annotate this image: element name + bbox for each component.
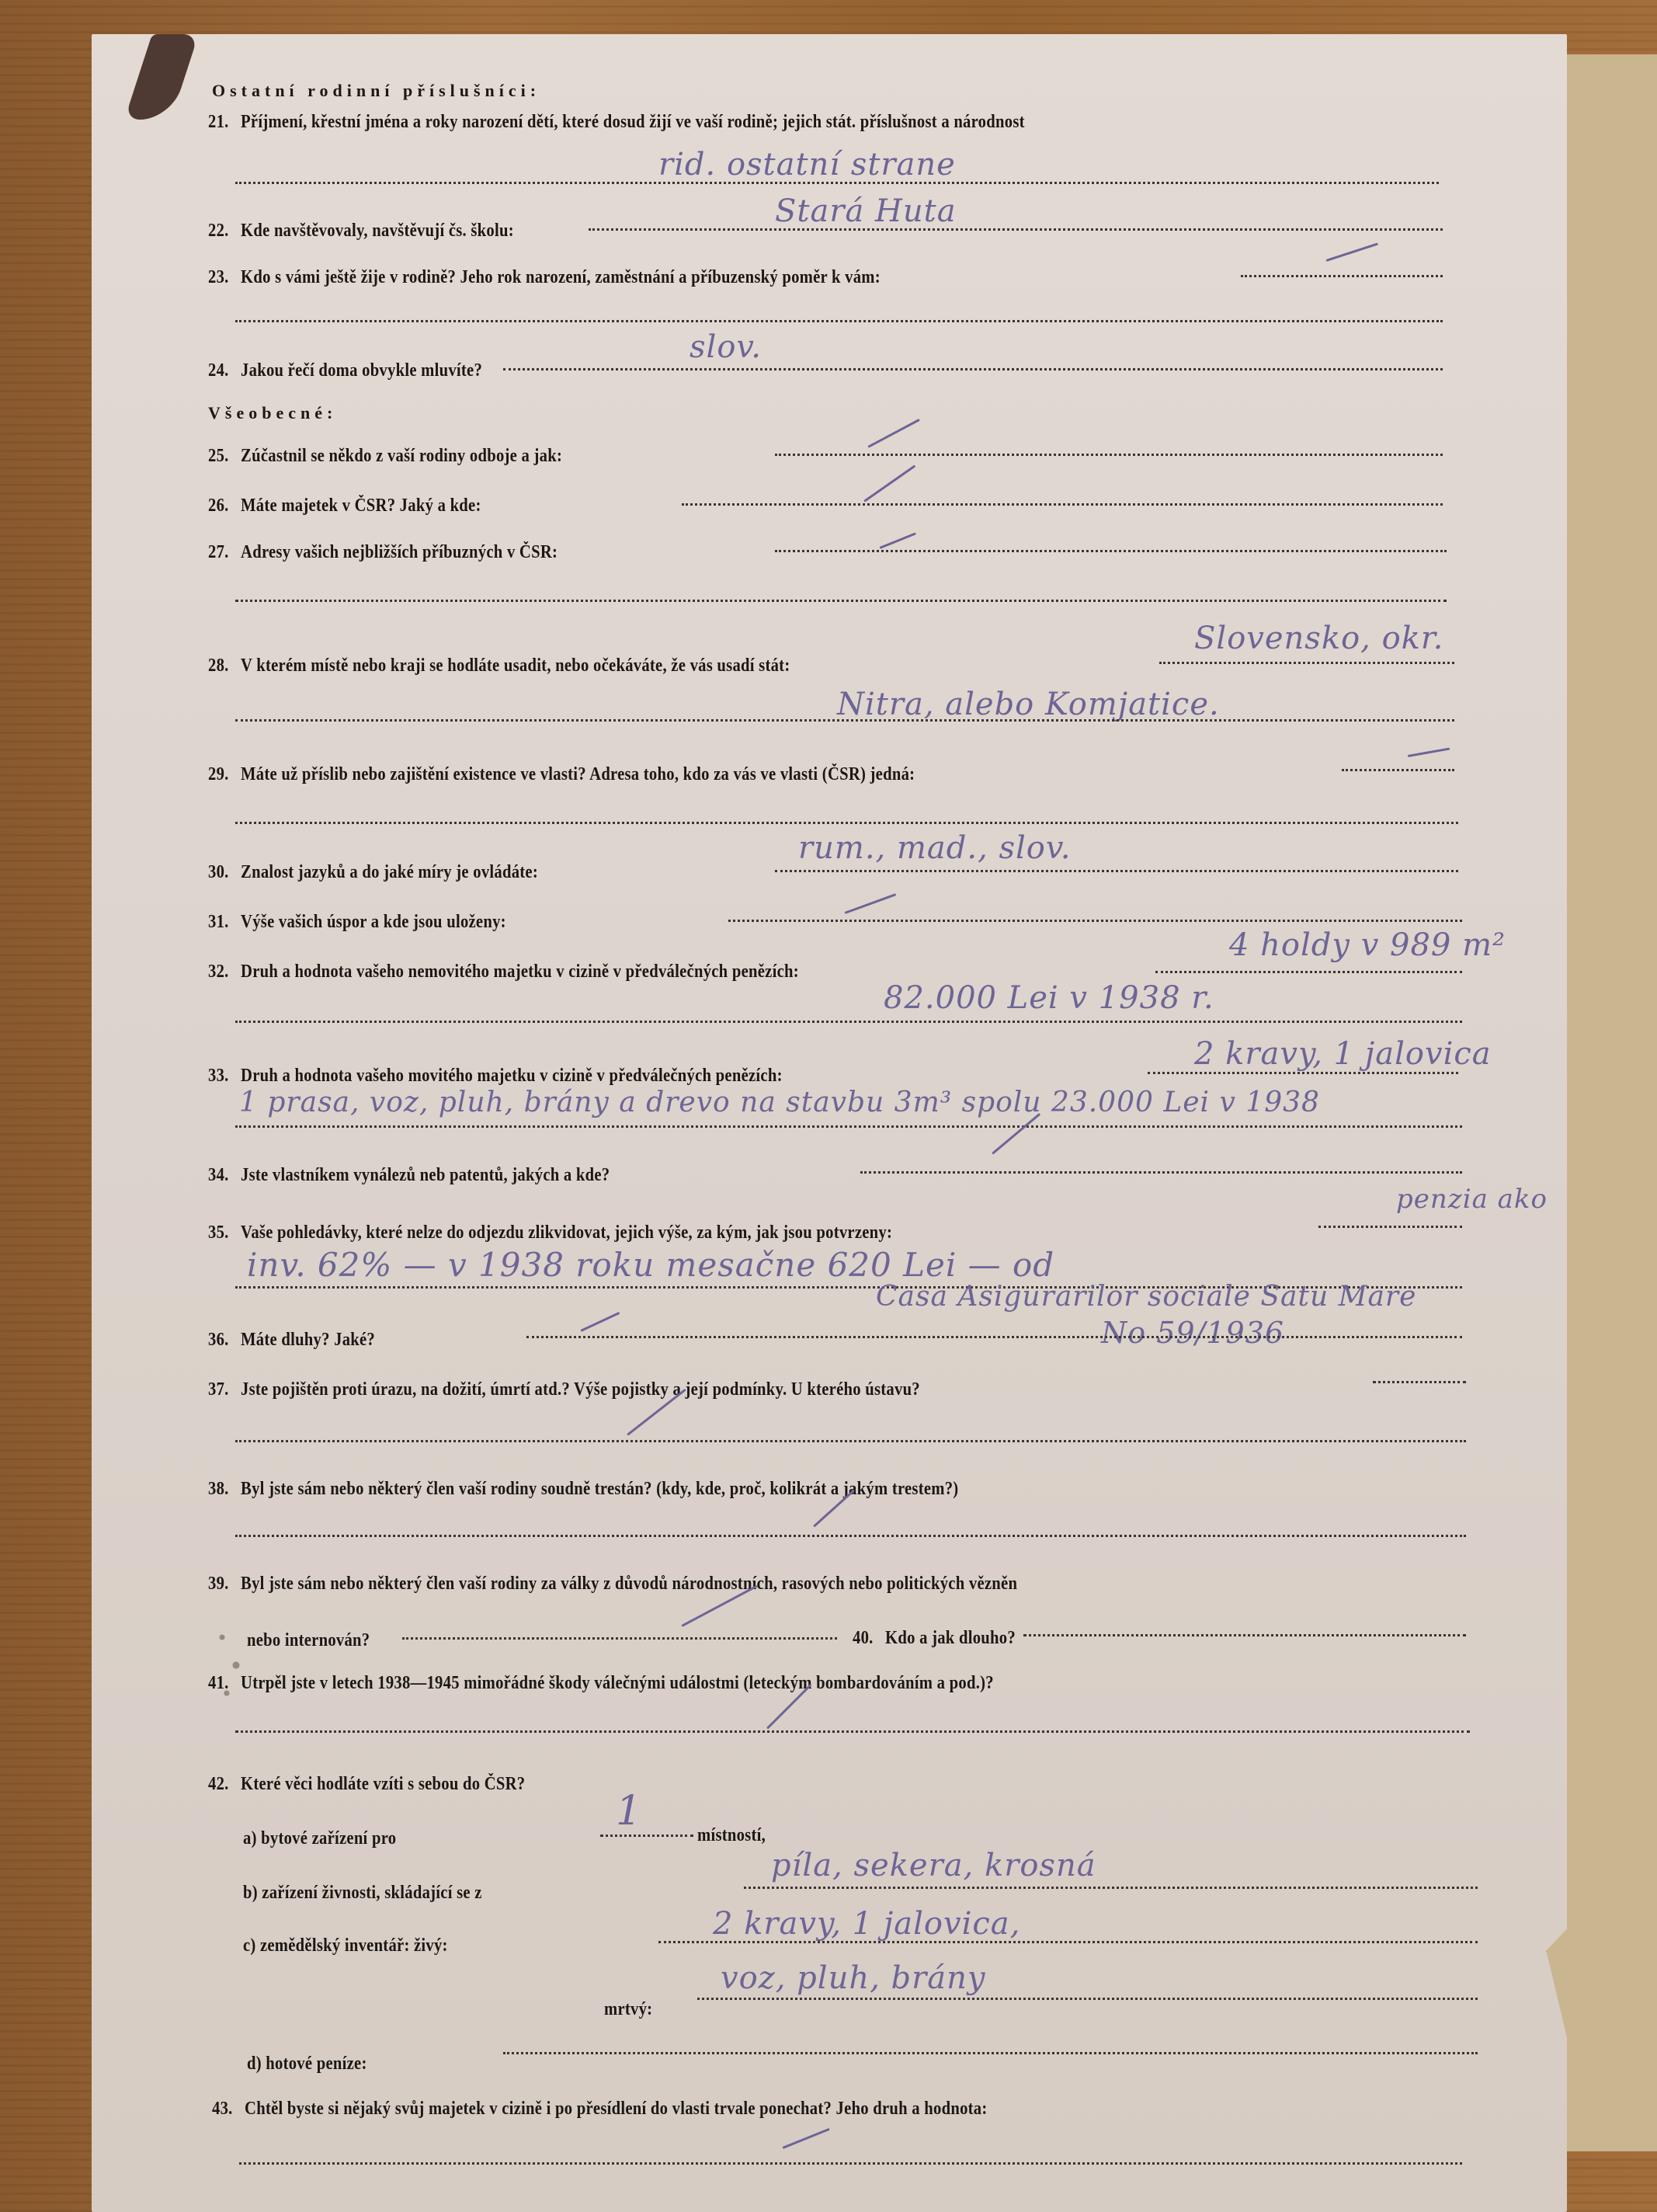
answer-line-22[interactable]: [589, 228, 1443, 231]
answer-line-28[interactable]: [1159, 662, 1454, 664]
answer-line-26[interactable]: [682, 503, 1443, 506]
question-text: Jakou řečí doma obvykle mluvíte?: [241, 360, 482, 381]
question-42b: b) zařízení živnosti, skládající se z: [243, 1883, 482, 1904]
answer-33-dash[interactable]: [992, 1113, 1040, 1155]
answer-42c-dead[interactable]: voz, pluh, brány: [721, 1960, 985, 1996]
answer-line-23[interactable]: [1241, 275, 1443, 277]
question-21: 21.Příjmení, křestní jména a roky naroze…: [208, 112, 1025, 133]
question-text: Znalost jazyků a do jaké míry je ovládát…: [241, 862, 538, 882]
question-32: 32.Druh a hodnota vašeho nemovitého maje…: [208, 962, 799, 983]
answer-line-32[interactable]: [1155, 971, 1462, 973]
question-26: 26.Máte majetek v ČSR? Jaký a kde:: [208, 496, 481, 516]
question-42: 42.Které věci hodláte vzíti s sebou do Č…: [208, 1774, 525, 1795]
question-39: 39.Byl jste sám nebo některý člen vaší r…: [208, 1574, 1017, 1595]
question-text: Chtěl byste si nějaký svůj majetek v ciz…: [245, 2099, 987, 2119]
question-29: 29.Máte už příslib nebo zajištění existe…: [208, 764, 915, 785]
answer-line-42c-dead[interactable]: [697, 1998, 1478, 2000]
question-number: 42.: [208, 1774, 229, 1794]
question-number: 31.: [208, 912, 229, 932]
answer-line-24[interactable]: [503, 368, 1443, 370]
question-42c-dead: mrtvý:: [604, 1999, 652, 2020]
answer-line-42b[interactable]: [744, 1887, 1478, 1889]
question-28: 28.V kterém místě nebo kraji se hodláte …: [208, 656, 790, 676]
question-number: 30.: [208, 862, 229, 882]
question-22: 22.Kde navštěvovaly, navštěvují čs. škol…: [208, 221, 514, 242]
question-number: 43.: [212, 2099, 233, 2119]
answer-line-31[interactable]: [728, 920, 1462, 922]
answer-line-27[interactable]: [775, 550, 1447, 552]
answer-line-42c[interactable]: [658, 1941, 1478, 1943]
question-text: Utrpěl jste v letech 1938—1945 mimořádné…: [241, 1673, 994, 1693]
question-number: 26.: [208, 496, 229, 516]
question-text: Kdo a jak dlouho?: [885, 1628, 1016, 1648]
answer-26-dash[interactable]: [863, 464, 915, 502]
question-number: 41.: [208, 1673, 229, 1693]
answer-line-33[interactable]: [1148, 1072, 1458, 1074]
question-text: Jste pojištěn proti úrazu, na dožití, úm…: [241, 1379, 920, 1400]
answer-line-21[interactable]: [235, 182, 1439, 184]
question-35: 35.Vaše pohledávky, které nelze do odjez…: [208, 1223, 892, 1243]
answer-line-40[interactable]: [1023, 1634, 1466, 1636]
answer-line-29b[interactable]: [235, 822, 1458, 824]
answer-line-35[interactable]: [1318, 1226, 1462, 1228]
answer-line-38[interactable]: [235, 1535, 1466, 1537]
answer-25-dash[interactable]: [867, 419, 920, 448]
answer-31-dash[interactable]: [844, 893, 896, 914]
question-number: 32.: [208, 962, 229, 982]
answer-32-line2[interactable]: 82.000 Lei v 1938 r.: [884, 980, 1214, 1016]
answer-42c[interactable]: 2 kravy, 1 jalovica,: [713, 1906, 1020, 1942]
section-title-general: Všeobecné:: [208, 403, 337, 423]
answer-33-line2[interactable]: 1 prasa, voz, pluh, brány a drevo na sta…: [239, 1087, 1320, 1118]
question-30: 30.Znalost jazyků a do jaké míry je ovlá…: [208, 862, 538, 883]
answer-line-42d[interactable]: [503, 2052, 1478, 2054]
question-text: Vaše pohledávky, které nelze do odjezdu …: [241, 1223, 892, 1243]
question-37: 37.Jste pojištěn proti úrazu, na dožití,…: [208, 1379, 920, 1400]
question-text: Příjmení, křestní jména a roky narození …: [241, 112, 1025, 132]
question-number: 34.: [208, 1165, 229, 1185]
answer-36-dash[interactable]: [580, 1312, 620, 1332]
answer-30[interactable]: rum., mad., slov.: [798, 830, 1071, 866]
answer-28-line2[interactable]: Nitra, alebo Komjatice.: [837, 687, 1220, 722]
question-number: 36.: [208, 1330, 229, 1350]
question-39-continued: nebo internován?: [247, 1630, 370, 1651]
answer-42b[interactable]: píla, sekera, krosná: [771, 1848, 1096, 1883]
answer-line-28b[interactable]: [235, 719, 1454, 722]
answer-line-25[interactable]: [775, 454, 1443, 456]
question-number: 22.: [208, 221, 229, 241]
answer-35-line2[interactable]: inv. 62% — v 1938 roku mesačne 620 Lei —…: [247, 1246, 1054, 1284]
question-42d: d) hotové peníze:: [247, 2054, 367, 2075]
answer-23-dash[interactable]: [1326, 242, 1379, 261]
answer-line-32b[interactable]: [235, 1021, 1462, 1023]
answer-line-27b[interactable]: [235, 600, 1447, 602]
answer-33-line1[interactable]: 2 kravy, 1 jalovica: [1194, 1036, 1492, 1072]
question-40: 40.Kdo a jak dlouho?: [853, 1628, 1016, 1649]
answer-line-37b[interactable]: [235, 1440, 1466, 1442]
answer-42a[interactable]: 1: [616, 1788, 642, 1835]
question-43: 43.Chtěl byste si nějaký svůj majetek v …: [212, 2099, 987, 2120]
question-text: Máte už příslib nebo zajištění existence…: [241, 764, 915, 784]
question-number: 21.: [208, 112, 229, 132]
question-number: 28.: [208, 656, 229, 676]
question-text: Kdo s vámi ještě žije v rodině? Jeho rok…: [241, 267, 881, 287]
ink-stain: [124, 34, 199, 120]
answer-29-dash[interactable]: [1408, 747, 1450, 757]
question-24: 24.Jakou řečí doma obvykle mluvíte?: [208, 360, 482, 381]
question-41: 41.Utrpěl jste v letech 1938—1945 mimořá…: [208, 1673, 994, 1694]
question-number: 38.: [208, 1479, 229, 1499]
question-text: Druh a hodnota vašeho nemovitého majetku…: [241, 962, 799, 982]
section-title-other-family: Ostatní rodinní příslušníci:: [212, 81, 540, 101]
question-42a-suffix: místností,: [697, 1825, 766, 1846]
question-number: 27.: [208, 542, 229, 562]
question-text: Zúčastnil se někdo z vaší rodiny odboje …: [241, 446, 562, 466]
question-number: 39.: [208, 1574, 229, 1594]
question-text: Máte majetek v ČSR? Jaký a kde:: [241, 496, 481, 516]
answer-27-dash[interactable]: [879, 532, 915, 549]
question-number: 37.: [208, 1379, 229, 1400]
question-number: 24.: [208, 360, 229, 381]
question-text: Máte dluhy? Jaké?: [241, 1330, 375, 1350]
question-number: 35.: [208, 1223, 229, 1243]
question-text: Jste vlastníkem vynálezů neb patentů, ja…: [241, 1165, 610, 1185]
answer-line-29[interactable]: [1342, 769, 1454, 771]
answer-35-line4[interactable]: No 59/1936: [1101, 1316, 1284, 1350]
question-36: 36.Máte dluhy? Jaké?: [208, 1330, 375, 1351]
answer-22[interactable]: Stará Huta: [775, 193, 957, 229]
answer-28-line1[interactable]: Slovensko, okr.: [1194, 621, 1443, 656]
question-text: Byl jste sám nebo některý člen vaší rodi…: [241, 1479, 958, 1499]
answer-line-33b[interactable]: [235, 1125, 1462, 1128]
question-31: 31.Výše vašich úspor a kde jsou uloženy:: [208, 912, 506, 933]
answer-line-30[interactable]: [775, 870, 1458, 872]
question-33: 33.Druh a hodnota vašeho movitého majetk…: [208, 1066, 783, 1087]
question-27: 27.Adresy vašich nejbližších příbuzných …: [208, 542, 558, 563]
question-text: Adresy vašich nejbližších příbuzných v Č…: [241, 542, 558, 562]
question-42c: c) zemědělský inventář: živý:: [243, 1935, 448, 1956]
question-number: 25.: [208, 446, 229, 466]
answer-35-line1[interactable]: penzia ako: [1396, 1184, 1548, 1215]
question-number: 23.: [208, 267, 229, 287]
question-text: V kterém místě nebo kraji se hodláte usa…: [241, 656, 790, 676]
question-number: 40.: [853, 1628, 874, 1648]
answer-line-43[interactable]: [239, 2162, 1462, 2165]
answer-24[interactable]: slov.: [690, 329, 762, 365]
question-25: 25.Zúčastnil se někdo z vaší rodiny odbo…: [208, 446, 562, 467]
answer-line-37[interactable]: [1373, 1381, 1466, 1383]
question-number: 29.: [208, 764, 229, 784]
question-23: 23.Kdo s vámi ještě žije v rodině? Jeho …: [208, 267, 881, 288]
answer-43-dash[interactable]: [782, 2128, 829, 2149]
question-34: 34.Jste vlastníkem vynálezů neb patentů,…: [208, 1165, 610, 1186]
answer-line-34[interactable]: [860, 1171, 1462, 1174]
answer-32-line1[interactable]: 4 holdy v 989 m²: [1229, 927, 1506, 963]
question-text: Byl jste sám nebo některý člen vaší rodi…: [241, 1574, 1017, 1594]
question-text: Výše vašich úspor a kde jsou uloženy:: [241, 912, 506, 932]
question-text: Které věci hodláte vzíti s sebou do ČSR?: [241, 1774, 525, 1794]
answer-line-39[interactable]: [402, 1637, 837, 1640]
answer-35-line3[interactable]: Casa Asigurarilor sociale Satu Mare: [876, 1281, 1416, 1313]
answer-21[interactable]: rid. ostatní strane: [658, 147, 956, 183]
question-42a: a) bytové zařízení pro: [243, 1828, 396, 1849]
question-number: 33.: [208, 1066, 229, 1086]
answer-line-23b[interactable]: [235, 320, 1443, 322]
answer-line-41[interactable]: [235, 1730, 1470, 1733]
questionnaire-page: Ostatní rodinní příslušníci: 21.Příjmení…: [92, 34, 1567, 2212]
question-text: Druh a hodnota vašeho movitého majetku v…: [241, 1066, 783, 1086]
answer-line-36[interactable]: [526, 1336, 1462, 1338]
answer-line-42a[interactable]: [600, 1835, 693, 1837]
question-text: Kde navštěvovaly, navštěvují čs. školu:: [241, 221, 514, 241]
